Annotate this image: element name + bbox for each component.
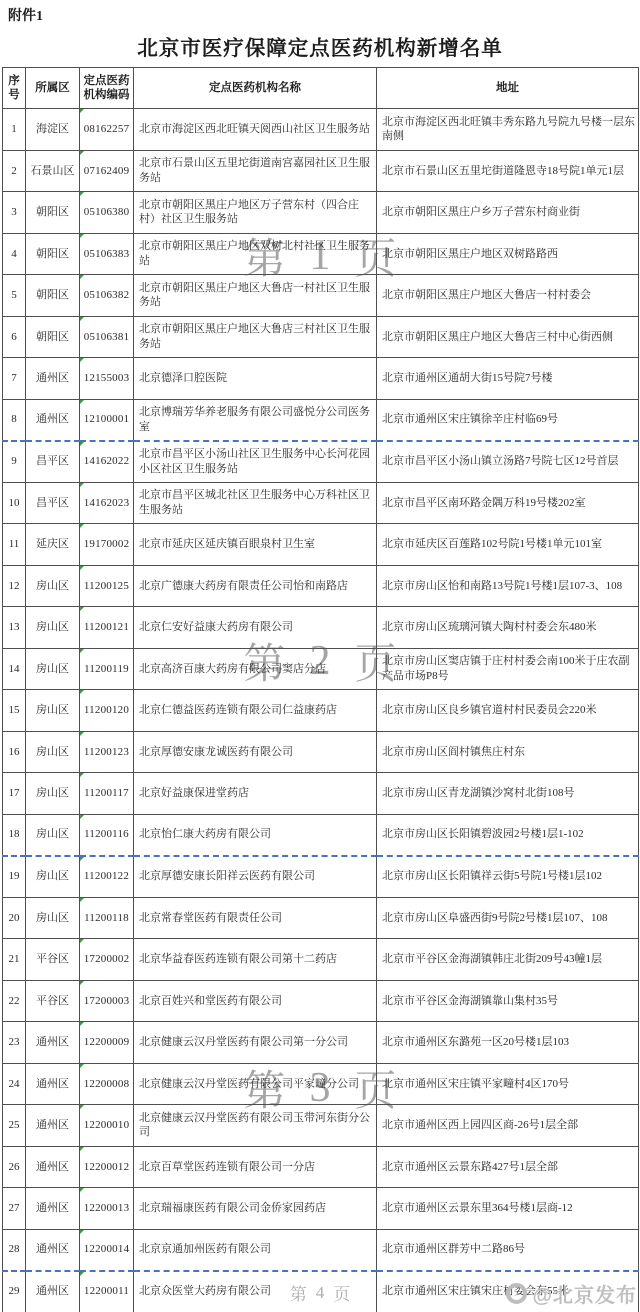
- cell-name: 北京市朝阳区黑庄户地区大鲁店三村社区卫生服务站: [134, 316, 377, 358]
- cell-index: 1: [3, 109, 26, 151]
- cell-index: 29: [3, 1271, 26, 1312]
- cell-district: 朝阳区: [26, 192, 80, 234]
- cell-name: 北京高济百康大药房有限公司窦店分店: [134, 648, 377, 690]
- cell-code: 11200120: [80, 690, 134, 732]
- cell-district: 房山区: [26, 897, 80, 939]
- cell-district: 房山区: [26, 565, 80, 607]
- cell-address: 北京市房山区窦店镇于庄村村委会南100米于庄农副产品市场P8号: [377, 648, 639, 690]
- cell-district: 房山区: [26, 607, 80, 649]
- cell-name: 北京瑞福康医药有限公司金侨家园药店: [134, 1188, 377, 1230]
- cell-address: 北京市通州区宋庄镇徐辛庄村临69号: [377, 399, 639, 441]
- cell-address: 北京市通州区群芳中二路86号: [377, 1229, 639, 1271]
- column-header-index: 序号: [3, 68, 26, 109]
- cell-code: 11200117: [80, 773, 134, 815]
- cell-address: 北京市通州区通胡大街15号院7号楼: [377, 358, 639, 400]
- institutions-table: 序号 所属区 定点医药机构编码 定点医药机构名称 地址 1海淀区08162257…: [2, 67, 639, 1312]
- cell-code: 11200119: [80, 648, 134, 690]
- cell-name: 北京市海淀区西北旺镇天阅西山社区卫生服务站: [134, 109, 377, 151]
- cell-index: 8: [3, 399, 26, 441]
- table-row: 13房山区11200121北京仁安好益康大药房有限公司北京市房山区琉璃河镇大陶村…: [3, 607, 639, 649]
- table-row: 14房山区11200119北京高济百康大药房有限公司窦店分店北京市房山区窦店镇于…: [3, 648, 639, 690]
- cell-index: 14: [3, 648, 26, 690]
- cell-index: 19: [3, 856, 26, 898]
- cell-index: 13: [3, 607, 26, 649]
- beijing-fabu-logo-icon: [506, 1283, 527, 1304]
- cell-district: 通州区: [26, 1271, 80, 1312]
- cell-index: 23: [3, 1022, 26, 1064]
- cell-index: 25: [3, 1105, 26, 1147]
- table-row: 26通州区12200012北京百草堂医药连锁有限公司一分店北京市通州区云景东路4…: [3, 1146, 639, 1188]
- cell-district: 通州区: [26, 358, 80, 400]
- credit-watermark: @北京发布: [506, 1279, 637, 1308]
- cell-index: 2: [3, 150, 26, 192]
- cell-name: 北京健康云汉丹堂医药有限公司玉带河东街分公司: [134, 1105, 377, 1147]
- table-row: 7通州区12155003北京德泽口腔医院北京市通州区通胡大街15号院7号楼: [3, 358, 639, 400]
- cell-address: 北京市通州区东潞苑一区20号楼1层103: [377, 1022, 639, 1064]
- cell-district: 通州区: [26, 1063, 80, 1105]
- cell-district: 平谷区: [26, 980, 80, 1022]
- table-row: 27通州区12200013北京瑞福康医药有限公司金侨家园药店北京市通州区云景东里…: [3, 1188, 639, 1230]
- table-row: 15房山区11200120北京仁德益医药连锁有限公司仁益康药店北京市房山区良乡镇…: [3, 690, 639, 732]
- cell-district: 通州区: [26, 1105, 80, 1147]
- cell-name: 北京怡仁康大药房有限公司: [134, 814, 377, 856]
- cell-code: 12200008: [80, 1063, 134, 1105]
- cell-index: 20: [3, 897, 26, 939]
- cell-address: 北京市房山区琉璃河镇大陶村村委会东480米: [377, 607, 639, 649]
- cell-address: 北京市房山区长阳镇祥云街5号院1号楼1层102: [377, 856, 639, 898]
- attachment-label: 附件1: [8, 5, 43, 25]
- cell-code: 12200010: [80, 1105, 134, 1147]
- cell-index: 21: [3, 939, 26, 981]
- cell-address: 北京市通州区西上园四区商-26号1层全部: [377, 1105, 639, 1147]
- cell-name: 北京仁德益医药连锁有限公司仁益康药店: [134, 690, 377, 732]
- table-row: 11延庆区19170002北京市延庆区延庆镇百眼泉村卫生室北京市延庆区百莲路10…: [3, 524, 639, 566]
- cell-index: 12: [3, 565, 26, 607]
- cell-index: 5: [3, 275, 26, 317]
- cell-code: 12200011: [80, 1271, 134, 1312]
- cell-code: 08162257: [80, 109, 134, 151]
- cell-code: 11200118: [80, 897, 134, 939]
- cell-name: 北京市昌平区小汤山社区卫生服务中心长河花园小区社区卫生服务站: [134, 441, 377, 483]
- cell-district: 房山区: [26, 856, 80, 898]
- cell-name: 北京厚德安康龙诚医药有限公司: [134, 731, 377, 773]
- cell-index: 24: [3, 1063, 26, 1105]
- cell-code: 05106380: [80, 192, 134, 234]
- cell-name: 北京市朝阳区黑庄户地区大鲁店一村社区卫生服务站: [134, 275, 377, 317]
- cell-index: 4: [3, 233, 26, 275]
- cell-district: 房山区: [26, 690, 80, 732]
- table-row: 10昌平区14162023北京市昌平区城北社区卫生服务中心万科社区卫生服务站北京…: [3, 482, 639, 524]
- cell-district: 朝阳区: [26, 233, 80, 275]
- cell-address: 北京市平谷区金海湖镇靠山集村35号: [377, 980, 639, 1022]
- table-row: 18房山区11200116北京怡仁康大药房有限公司北京市房山区长阳镇碧波园2号楼…: [3, 814, 639, 856]
- cell-name: 北京市朝阳区黑庄户地区万子营东村（四合庄村）社区卫生服务站: [134, 192, 377, 234]
- column-header-address: 地址: [377, 68, 639, 109]
- cell-name: 北京华益春医药连锁有限公司第十二药店: [134, 939, 377, 981]
- cell-index: 6: [3, 316, 26, 358]
- table-row: 25通州区12200010北京健康云汉丹堂医药有限公司玉带河东街分公司北京市通州…: [3, 1105, 639, 1147]
- cell-index: 11: [3, 524, 26, 566]
- cell-name: 北京百草堂医药连锁有限公司一分店: [134, 1146, 377, 1188]
- cell-name: 北京市朝阳区黑庄户地区双树北村社区卫生服务站: [134, 233, 377, 275]
- table-row: 20房山区11200118北京常春堂医药有限责任公司北京市房山区阜盛西街9号院2…: [3, 897, 639, 939]
- cell-code: 05106383: [80, 233, 134, 275]
- cell-index: 18: [3, 814, 26, 856]
- cell-district: 平谷区: [26, 939, 80, 981]
- cell-index: 26: [3, 1146, 26, 1188]
- cell-index: 15: [3, 690, 26, 732]
- cell-name: 北京百姓兴和堂医药有限公司: [134, 980, 377, 1022]
- cell-district: 房山区: [26, 814, 80, 856]
- cell-address: 北京市昌平区小汤山镇立汤路7号院七区12号首层: [377, 441, 639, 483]
- cell-district: 房山区: [26, 648, 80, 690]
- cell-address: 北京市朝阳区黑庄户地区大鲁店三村中心街西侧: [377, 316, 639, 358]
- cell-district: 石景山区: [26, 150, 80, 192]
- cell-address: 北京市朝阳区黑庄户地区双树路路西: [377, 233, 639, 275]
- cell-name: 北京市石景山区五里坨街道南宫嘉园社区卫生服务站: [134, 150, 377, 192]
- cell-district: 昌平区: [26, 482, 80, 524]
- table-row: 19房山区11200122北京厚德安康长阳祥云医药有限公司北京市房山区长阳镇祥云…: [3, 856, 639, 898]
- table-row: 22平谷区17200003北京百姓兴和堂医药有限公司北京市平谷区金海湖镇靠山集村…: [3, 980, 639, 1022]
- cell-district: 房山区: [26, 773, 80, 815]
- cell-district: 房山区: [26, 731, 80, 773]
- cell-name: 北京博瑞芳华养老服务有限公司盛悦分公司医务室: [134, 399, 377, 441]
- cell-name: 北京众医堂大药房有限公司: [134, 1271, 377, 1312]
- cell-district: 通州区: [26, 1229, 80, 1271]
- cell-address: 北京市朝阳区黑庄户地区大鲁店一村村委会: [377, 275, 639, 317]
- cell-address: 北京市房山区怡和南路13号院1号楼1层107-3、108: [377, 565, 639, 607]
- table-row: 2石景山区07162409北京市石景山区五里坨街道南宫嘉园社区卫生服务站北京市石…: [3, 150, 639, 192]
- cell-address: 北京市房山区良乡镇官道村村民委员会220米: [377, 690, 639, 732]
- cell-code: 05106382: [80, 275, 134, 317]
- cell-district: 通州区: [26, 1022, 80, 1064]
- table-row: 5朝阳区05106382北京市朝阳区黑庄户地区大鲁店一村社区卫生服务站北京市朝阳…: [3, 275, 639, 317]
- document-page: 附件1 北京市医疗保障定点医药机构新增名单 第1页 第2页 第3页 第4页 序号…: [0, 0, 640, 1312]
- cell-district: 通州区: [26, 1188, 80, 1230]
- cell-name: 北京广德康大药房有限责任公司怡和南路店: [134, 565, 377, 607]
- column-header-name: 定点医药机构名称: [134, 68, 377, 109]
- cell-address: 北京市通州区云景东路427号1层全部: [377, 1146, 639, 1188]
- cell-code: 05106381: [80, 316, 134, 358]
- cell-name: 北京德泽口腔医院: [134, 358, 377, 400]
- table-row: 17房山区11200117北京好益康保进堂药店北京市房山区青龙湖镇沙窝村北街10…: [3, 773, 639, 815]
- cell-code: 11200122: [80, 856, 134, 898]
- column-header-code: 定点医药机构编码: [80, 68, 134, 109]
- cell-name: 北京好益康保进堂药店: [134, 773, 377, 815]
- cell-index: 3: [3, 192, 26, 234]
- cell-name: 北京健康云汉丹堂医药有限公司平家疃分公司: [134, 1063, 377, 1105]
- cell-address: 北京市昌平区南环路金隅万科19号楼202室: [377, 482, 639, 524]
- cell-district: 昌平区: [26, 441, 80, 483]
- cell-district: 朝阳区: [26, 316, 80, 358]
- cell-address: 北京市房山区青龙湖镇沙窝村北街108号: [377, 773, 639, 815]
- cell-name: 北京市昌平区城北社区卫生服务中心万科社区卫生服务站: [134, 482, 377, 524]
- cell-code: 12155003: [80, 358, 134, 400]
- cell-index: 17: [3, 773, 26, 815]
- cell-name: 北京仁安好益康大药房有限公司: [134, 607, 377, 649]
- cell-address: 北京市房山区长阳镇碧波园2号楼1层1-102: [377, 814, 639, 856]
- cell-index: 7: [3, 358, 26, 400]
- table-row: 16房山区11200123北京厚德安康龙诚医药有限公司北京市房山区阎村镇焦庄村东: [3, 731, 639, 773]
- cell-code: 11200116: [80, 814, 134, 856]
- cell-address: 北京市房山区阜盛西街9号院2号楼1层107、108: [377, 897, 639, 939]
- cell-index: 22: [3, 980, 26, 1022]
- cell-name: 北京市延庆区延庆镇百眼泉村卫生室: [134, 524, 377, 566]
- cell-address: 北京市通州区宋庄镇平家疃村4区170号: [377, 1063, 639, 1105]
- cell-address: 北京市海淀区西北旺镇丰秀东路九号院九号楼一层东南侧: [377, 109, 639, 151]
- table-row: 4朝阳区05106383北京市朝阳区黑庄户地区双树北村社区卫生服务站北京市朝阳区…: [3, 233, 639, 275]
- cell-district: 海淀区: [26, 109, 80, 151]
- cell-address: 北京市朝阳区黑庄户乡万子营东村商业街: [377, 192, 639, 234]
- cell-code: 19170002: [80, 524, 134, 566]
- cell-name: 北京厚德安康长阳祥云医药有限公司: [134, 856, 377, 898]
- table-row: 3朝阳区05106380北京市朝阳区黑庄户地区万子营东村（四合庄村）社区卫生服务…: [3, 192, 639, 234]
- cell-name: 北京京通加州医药有限公司: [134, 1229, 377, 1271]
- cell-index: 27: [3, 1188, 26, 1230]
- cell-district: 通州区: [26, 399, 80, 441]
- cell-code: 12200009: [80, 1022, 134, 1064]
- cell-code: 12200012: [80, 1146, 134, 1188]
- table-row: 24通州区12200008北京健康云汉丹堂医药有限公司平家疃分公司北京市通州区宋…: [3, 1063, 639, 1105]
- cell-index: 10: [3, 482, 26, 524]
- cell-address: 北京市平谷区金海湖镇韩庄北街209号43幢1层: [377, 939, 639, 981]
- cell-name: 北京健康云汉丹堂医药有限公司第一分公司: [134, 1022, 377, 1064]
- credit-text: @北京发布: [532, 1279, 637, 1308]
- cell-address: 北京市石景山区五里坨街道隆恩寺18号院1单元1层: [377, 150, 639, 192]
- cell-district: 朝阳区: [26, 275, 80, 317]
- cell-code: 11200121: [80, 607, 134, 649]
- cell-address: 北京市延庆区百莲路102号院1号楼1单元101室: [377, 524, 639, 566]
- cell-address: 北京市通州区云景东里364号楼1层商-12: [377, 1188, 639, 1230]
- cell-code: 17200002: [80, 939, 134, 981]
- cell-index: 16: [3, 731, 26, 773]
- cell-district: 延庆区: [26, 524, 80, 566]
- table-row: 8通州区12100001北京博瑞芳华养老服务有限公司盛悦分公司医务室北京市通州区…: [3, 399, 639, 441]
- cell-code: 12200014: [80, 1229, 134, 1271]
- cell-district: 通州区: [26, 1146, 80, 1188]
- cell-code: 14162023: [80, 482, 134, 524]
- page-title: 北京市医疗保障定点医药机构新增名单: [0, 31, 640, 61]
- table-row: 9昌平区14162022北京市昌平区小汤山社区卫生服务中心长河花园小区社区卫生服…: [3, 441, 639, 483]
- cell-code: 12100001: [80, 399, 134, 441]
- cell-index: 28: [3, 1229, 26, 1271]
- column-header-district: 所属区: [26, 68, 80, 109]
- cell-code: 14162022: [80, 441, 134, 483]
- cell-address: 北京市房山区阎村镇焦庄村东: [377, 731, 639, 773]
- table-row: 12房山区11200125北京广德康大药房有限责任公司怡和南路店北京市房山区怡和…: [3, 565, 639, 607]
- cell-name: 北京常春堂医药有限责任公司: [134, 897, 377, 939]
- cell-code: 12200013: [80, 1188, 134, 1230]
- cell-code: 11200123: [80, 731, 134, 773]
- table-row: 21平谷区17200002北京华益春医药连锁有限公司第十二药店北京市平谷区金海湖…: [3, 939, 639, 981]
- table-row: 23通州区12200009北京健康云汉丹堂医药有限公司第一分公司北京市通州区东潞…: [3, 1022, 639, 1064]
- table-row: 6朝阳区05106381北京市朝阳区黑庄户地区大鲁店三村社区卫生服务站北京市朝阳…: [3, 316, 639, 358]
- cell-code: 07162409: [80, 150, 134, 192]
- cell-code: 11200125: [80, 565, 134, 607]
- table-row: 1海淀区08162257北京市海淀区西北旺镇天阅西山社区卫生服务站北京市海淀区西…: [3, 109, 639, 151]
- header-row: 序号 所属区 定点医药机构编码 定点医药机构名称 地址: [3, 68, 639, 109]
- cell-index: 9: [3, 441, 26, 483]
- table-row: 28通州区12200014北京京通加州医药有限公司北京市通州区群芳中二路86号: [3, 1229, 639, 1271]
- cell-code: 17200003: [80, 980, 134, 1022]
